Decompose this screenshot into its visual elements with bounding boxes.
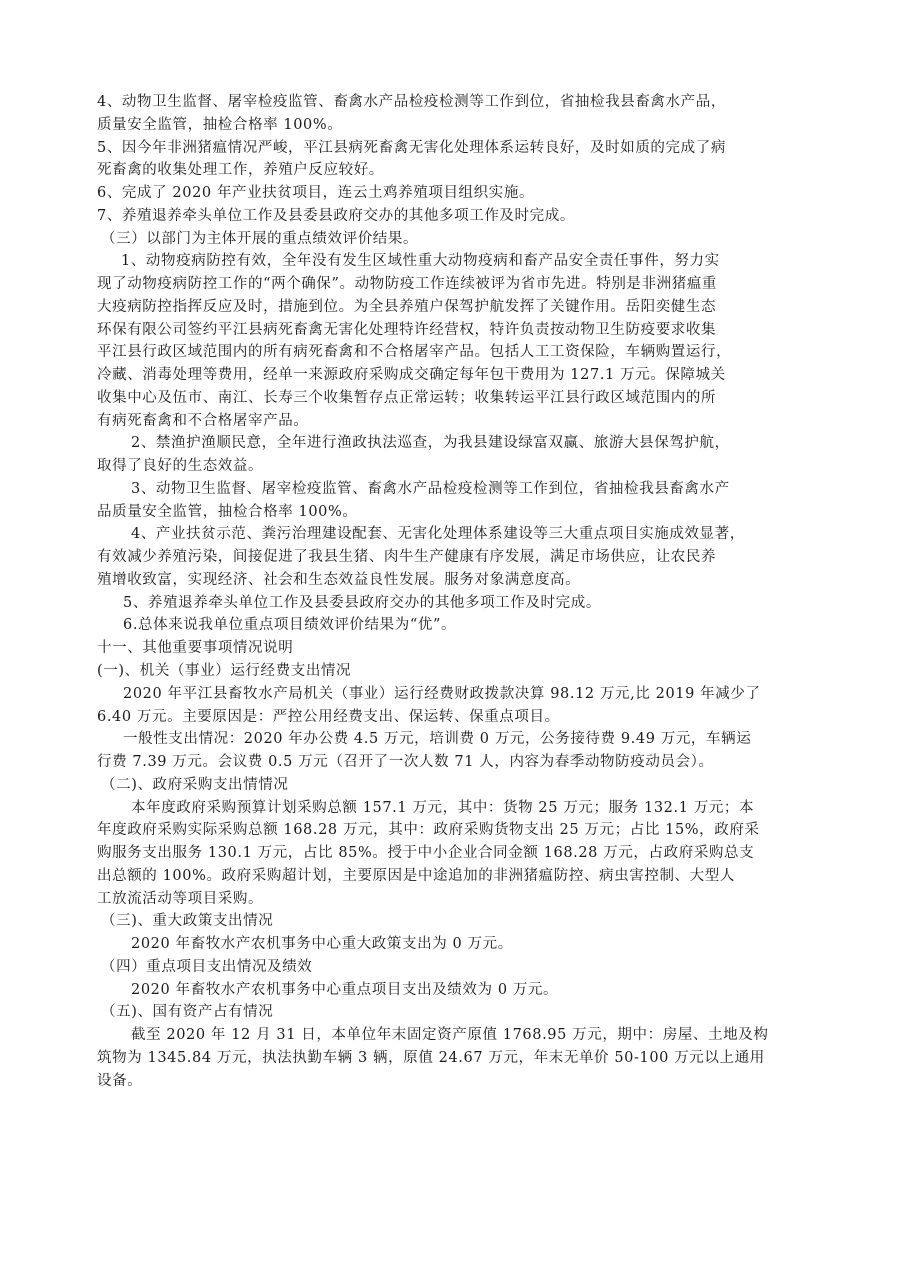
document-line: 品质量安全监管，抽检合格率 100%。 (97, 502, 357, 522)
document-line: 环保有限公司签约平江县病死畜禽无害化处理特许经营权，特许负责按动物卫生防疫要求收… (97, 320, 716, 340)
document-line: 出总额的 100%。政府采购超计划，主要原因是中途追加的非洲猪瘟防控、病虫害控制… (97, 866, 735, 886)
document-line: （三)、重大政策支出情况 (101, 911, 273, 931)
document-line: 年度政府采购实际采购总额 168.28 万元，其中：政府采购货物支出 25 万元… (97, 820, 760, 840)
document-line: 一般性支出情况：2020 年办公费 4.5 万元，培训费 0 万元，公务接待费 … (123, 729, 751, 749)
document-line: 质量安全监管，抽检合格率 100%。 (97, 115, 342, 135)
document-line: 殖增收致富，实现经济、社会和生态效益良性发展。服务对象满意度高。 (97, 570, 580, 590)
document-line: 行费 7.39 万元。会议费 0.5 万元（召开了一次人数 71 人，内容为春季… (97, 752, 714, 772)
document-line: 收集中心及伍市、南江、长寿三个收集暂存点正常运转；收集转运平江县行政区域范围内的… (97, 388, 716, 408)
document-line: 取得了良好的生态效益。 (97, 456, 263, 476)
document-line: （二)、政府采购支出情情况 (101, 775, 288, 795)
document-line: 筑物为 1345.84 万元，执法执勤车辆 3 辆，原值 24.67 万元，年末… (97, 1048, 765, 1068)
document-line: 2、禁渔护渔顺民意，全年进行渔政执法巡查，为我县建设绿富双赢、旅游大县保驾护航， (131, 433, 730, 453)
document-line: 十一、其他重要事项情况说明 (97, 638, 293, 658)
document-line: （五)、国有资产占有情况 (101, 1002, 273, 1022)
document-line: 平江县行政区域范围内的所有病死畜禽和不合格屠宰产品。包括人工工资保险，车辆购置运… (97, 342, 731, 362)
document-line: 6.40 万元。主要原因是：严控公用经费支出、保运转、保重点项目。 (97, 707, 560, 727)
document-line: 7、养殖退养牵头单位工作及县委县政府交办的其他多项工作及时完成。 (97, 206, 575, 226)
document-line: 2020 年畜牧水产农机事务中心重大政策支出为 0 万元。 (131, 934, 513, 954)
document-line: 大疫病防控指挥反应及时，措施到位。为全县养殖户保驾护航发挥了关键作用。岳阳奕健生… (97, 297, 716, 317)
document-line: 死畜禽的收集处理工作，养殖户反应较好。 (97, 160, 384, 180)
document-line: （四）重点项目支出情况及绩效 (101, 957, 312, 977)
document-line: 2020 年畜牧水产农机事务中心重点项目支出及绩效为 0 万元。 (131, 980, 558, 1000)
document-line: 工放流活动等项目采购。 (97, 889, 263, 909)
document-line: 6、完成了 2020 年产业扶贫项目，连云土鸡养殖项目组织实施。 (97, 183, 534, 203)
document-page: 4、动物卫生监督、屠宰检疫监管、畜禽水产品检疫检测等工作到位，省抽检我县畜禽水产… (0, 0, 898, 1270)
document-line: 购服务支出服务 130.1 万元，占比 85%。授于中小企业合同金额 168.2… (97, 843, 754, 863)
document-line: 设备。 (97, 1071, 142, 1091)
document-line: (一)、机关（事业）运行经费支出情况 (97, 661, 351, 681)
document-line: 冷藏、消毒处理等费用，经单一来源政府采购成交确定每年包干费用为 127.1 万元… (97, 365, 726, 385)
document-line: 4、动物卫生监督、屠宰检疫监管、畜禽水产品检疫检测等工作到位，省抽检我县畜禽水产… (97, 92, 726, 112)
document-line: 有病死畜禽和不合格屠宰产品。 (97, 411, 308, 431)
document-line: 5、养殖退养牵头单位工作及县委县政府交办的其他多项工作及时完成。 (123, 593, 601, 613)
document-line: 有效减少养殖污染，间接促进了我县生猪、肉牛生产健康有序发展，满足市场供应，让农民… (97, 547, 716, 567)
document-line: 3、动物卫生监督、屠宰检疫监管、畜禽水产品检疫检测等工作到位，省抽检我县畜禽水产 (131, 479, 730, 499)
document-line: 6.总体来说我单位重点项目绩效评价结果为“优”。 (123, 615, 456, 635)
document-line: 2020 年平江县畜牧水产局机关（事业）运行经费财政拨款决算 98.12 万元,… (123, 684, 761, 704)
document-line: 1、动物疫病防控有效，全年没有发生区域性重大动物疫病和畜产品安全责任事件，努力实 (121, 251, 720, 271)
document-line: 5、因今年非洲猪瘟情况严峻，平江县病死畜禽无害化处理体系运转良好，及时如质的完成… (97, 138, 726, 158)
document-line: 现了动物疫病防控工作的“两个确保”。动物防疫工作连续被评为省市先进。特别是非洲猪… (97, 274, 717, 294)
document-line: 本年度政府采购预算计划采购总额 157.1 万元，其中：货物 25 万元；服务 … (131, 798, 754, 818)
document-line: （三）以部门为主体开展的重点绩效评价结果。 (101, 229, 418, 249)
document-line: 4、产业扶贫示范、粪污治理建设配套、无害化处理体系建设等三大重点项目实施成效显著… (131, 524, 745, 544)
document-line: 截至 2020 年 12 月 31 日，本单位年末固定资产原值 1768.95 … (131, 1025, 768, 1045)
